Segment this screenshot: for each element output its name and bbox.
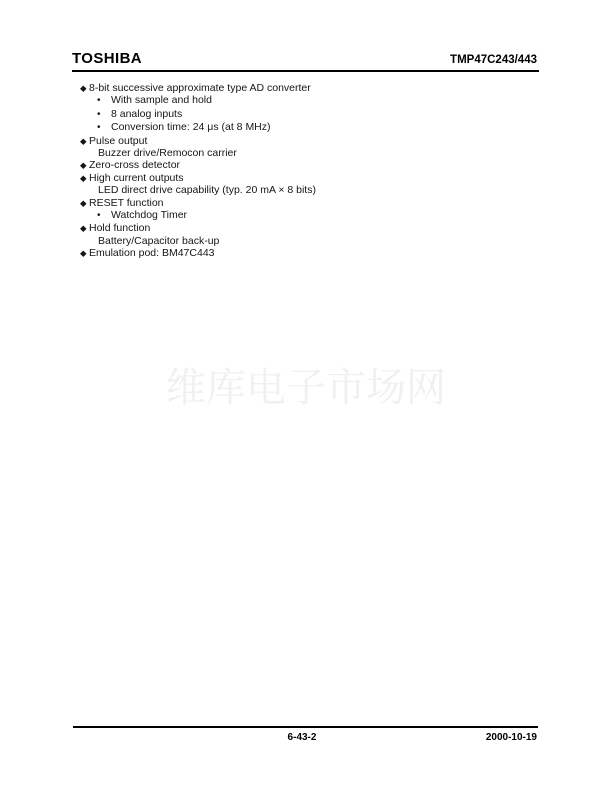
diamond-bullet-icon: ◆	[80, 247, 89, 259]
feature-text: Conversion time: 24 μs (at 8 MHz)	[111, 121, 271, 133]
feature-item: •Watchdog Timer	[0, 209, 612, 222]
brand-logo-text: TOSHIBA	[72, 50, 142, 67]
part-number: TMP47C243/443	[450, 54, 537, 66]
feature-item: •Conversion time: 24 μs (at 8 MHz)	[0, 121, 612, 134]
diamond-bullet-icon: ◆	[80, 135, 89, 147]
feature-text: Buzzer drive/Remocon carrier	[98, 147, 237, 159]
datasheet-page: TOSHIBA TMP47C243/443 ◆8-bit successive …	[0, 0, 612, 792]
diamond-bullet-icon: ◆	[80, 222, 89, 234]
feature-item: ◆Pulse output	[0, 135, 612, 147]
feature-item: •8 analog inputs	[0, 108, 612, 121]
feature-text: 8-bit successive approximate type AD con…	[89, 82, 311, 94]
feature-text: Pulse output	[89, 135, 147, 147]
feature-text: Battery/Capacitor back-up	[98, 235, 219, 247]
diamond-bullet-icon: ◆	[80, 197, 89, 209]
feature-item: ◆Emulation pod: BM47C443	[0, 247, 612, 259]
feature-item: LED direct drive capability (typ. 20 mA …	[0, 184, 612, 196]
feature-text: High current outputs	[89, 172, 184, 184]
footer-date: 2000-10-19	[486, 732, 537, 743]
feature-text: 8 analog inputs	[111, 108, 182, 120]
feature-item: ◆Zero-cross detector	[0, 159, 612, 171]
feature-text: Emulation pod: BM47C443	[89, 247, 215, 259]
feature-item: ◆8-bit successive approximate type AD co…	[0, 82, 612, 94]
feature-item: •With sample and hold	[0, 94, 612, 107]
feature-item: ◆RESET function	[0, 197, 612, 209]
feature-list: ◆8-bit successive approximate type AD co…	[0, 82, 612, 260]
feature-item: ◆High current outputs	[0, 172, 612, 184]
footer-rule	[73, 726, 538, 728]
circle-bullet-icon: •	[97, 122, 111, 134]
feature-text: RESET function	[89, 197, 164, 209]
circle-bullet-icon: •	[97, 109, 111, 121]
feature-item: Battery/Capacitor back-up	[0, 235, 612, 247]
feature-text: With sample and hold	[111, 94, 212, 106]
feature-text: Hold function	[89, 222, 150, 234]
feature-text: Zero-cross detector	[89, 159, 180, 171]
feature-item: Buzzer drive/Remocon carrier	[0, 147, 612, 159]
feature-item: ◆Hold function	[0, 222, 612, 234]
page-number: 6-43-2	[72, 732, 532, 743]
feature-text: Watchdog Timer	[111, 209, 187, 221]
header-rule	[72, 70, 539, 72]
circle-bullet-icon: •	[97, 210, 111, 222]
diamond-bullet-icon: ◆	[80, 82, 89, 94]
diamond-bullet-icon: ◆	[80, 159, 89, 171]
diamond-bullet-icon: ◆	[80, 172, 89, 184]
circle-bullet-icon: •	[97, 95, 111, 107]
watermark-text: 维库电子市场网	[0, 366, 612, 410]
feature-text: LED direct drive capability (typ. 20 mA …	[98, 184, 316, 196]
